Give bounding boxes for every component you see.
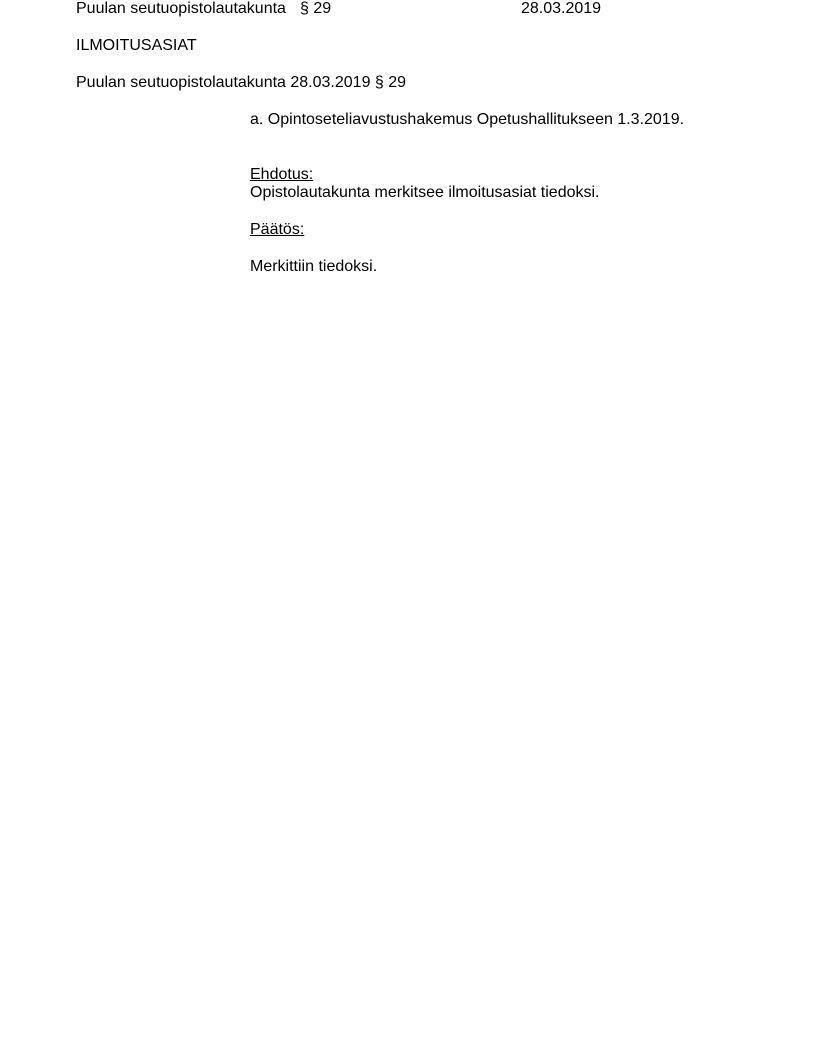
proposal-text: Opistolautakunta merkitsee ilmoitusasiat… <box>250 184 600 202</box>
decision-heading: Päätös: <box>250 221 304 239</box>
proposal-heading: Ehdotus: <box>250 166 313 184</box>
header-date: 28.03.2019 <box>521 0 601 18</box>
page-title: ILMOITUSASIAT <box>76 37 197 55</box>
decision-text: Merkittiin tiedoksi. <box>250 258 377 276</box>
header-section: § 29 <box>300 0 331 18</box>
meeting-reference: Puulan seutuopistolautakunta 28.03.2019 … <box>76 74 406 92</box>
header-committee: Puulan seutuopistolautakunta <box>76 0 286 18</box>
notice-item: a. Opintoseteliavustushakemus Opetushall… <box>250 111 684 129</box>
